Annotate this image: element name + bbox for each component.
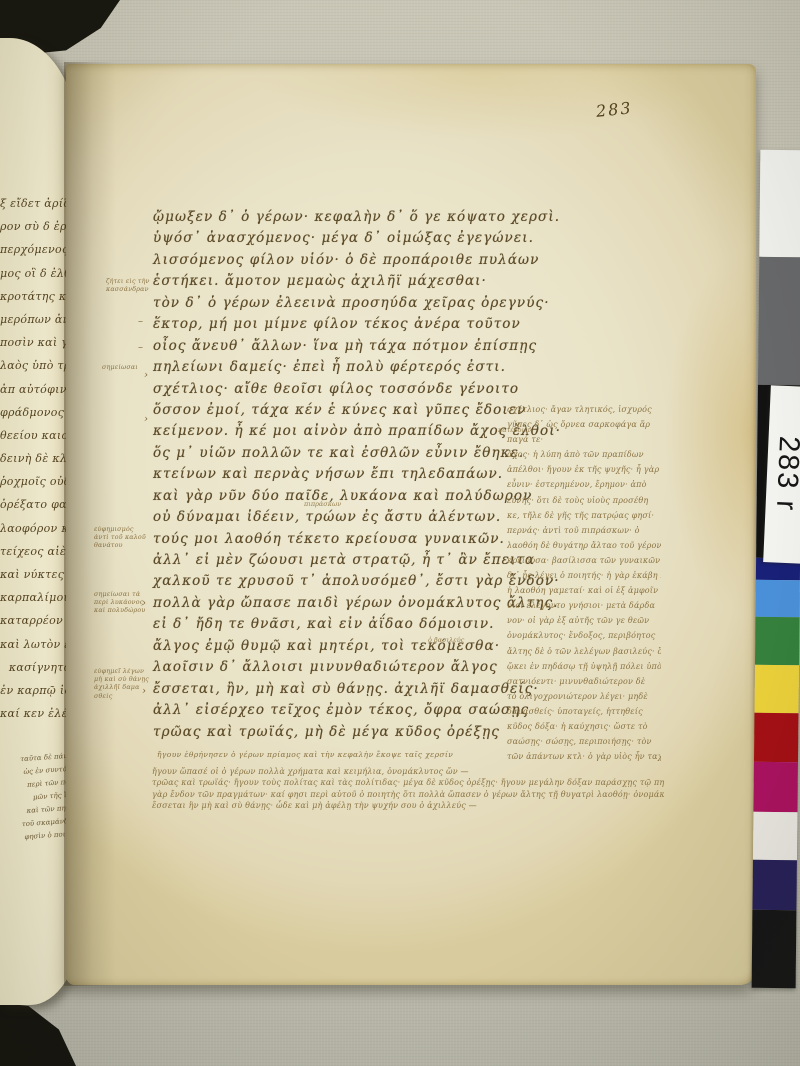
- scholion-line: κρείουσα· βασίλισσα τῶν γυναικῶν: [507, 553, 661, 568]
- facing-text-line: μος οἳ δ ἐλθό: [0, 262, 76, 285]
- scholion-line: σατνιόεντι· μινυνθαδιώτερον δὲ: [507, 674, 661, 689]
- facing-page-text: ξ εἴδετ ἀρίζηλρον σὺ δ ἐρύκπερχόμενος χα…: [0, 192, 76, 725]
- hexameter-line: σχέτλιος· αἴθε θεοῖσι φίλος τοσσόνδε γέν…: [153, 379, 573, 400]
- scholion-line: νον· οἱ γὰρ ἐξ αὐτῆς τῶν γε θεῶν: [507, 613, 661, 628]
- scholion-line: ἔσσεται ἢν μὴ καὶ σὺ θάνῃς· ὧδε καὶ μὴ ἀ…: [152, 800, 664, 811]
- facing-text-line: θεείου καιομέ: [0, 424, 76, 447]
- facing-text-line: φράδμονος ἀν: [0, 401, 76, 424]
- color-patch: [754, 665, 799, 713]
- facing-text-line: τείχεος αἰὲν ὑ: [0, 540, 76, 563]
- scholion-line: λαοθόη δὲ θυγάτηρ ἄλταο τοῦ γέροντος: [507, 538, 661, 553]
- scholion-line: κῦδος δόξα· ἡ καύχησις· ὥστε τὸ: [507, 719, 661, 734]
- left-margin-note: εὐφημισμὸςἀντὶ τοῦ καλοῦθανάτου: [94, 526, 156, 551]
- hexameter-line: πηλείωνι δαμείς· ἐπεὶ ἦ πολὺ φέρτερός ἐσ…: [153, 357, 573, 378]
- interlinear-note: ἤγουν ἐθρήνησεν ὁ γέρων πρίαμος καὶ τὴν …: [157, 750, 453, 759]
- note-line: εὐφημισμὸς: [94, 526, 156, 534]
- facing-text-line: δεινὴ δὲ κλαγγ: [0, 447, 76, 470]
- color-patch: [752, 860, 797, 910]
- facing-text-line: λαὸς ὑπὸ τρώ: [0, 354, 76, 377]
- gloss: πιπράσκων: [304, 500, 341, 508]
- note-line: μὴ καὶ σὺ θάνῃς: [94, 676, 156, 684]
- scholion-line: κε, τῆλε δὲ γῆς τῆς πατρῴας φησί·: [507, 508, 661, 523]
- note-line: εὐφημεῖ λέγων: [94, 668, 156, 676]
- hexameter-line: ᾤμωξεν δ᾽ ὁ γέρων· κεφαλὴν δ᾽ ὅ γε κόψατ…: [153, 207, 573, 228]
- color-patch: [752, 910, 797, 988]
- note-line: κασσάνδραν: [106, 286, 168, 294]
- facing-text-line: λαοφόρον καθ: [0, 517, 76, 540]
- scholion-line: ᾤκει ἐν πηδάσῳ τῇ ὑψηλῇ πόλει ὑπὸ: [507, 659, 661, 674]
- note-line: ἀχιλλῆϊ δαμα: [94, 684, 156, 692]
- scholion-line: ὀνομάκλυτος· ἔνδοξος, περιβόητος: [507, 628, 661, 643]
- scholion-line: τρῶας καὶ τρωϊάς· ἤγουν τοὺς πολίτας καὶ…: [152, 777, 664, 788]
- scholion-line: δαμασθείς· ὑποταγείς, ἡττηθείς: [507, 704, 661, 719]
- right-scholia-column: σχέτλιος· ἄγαν τλητικός, ἰσχυρόςγῦπες δ᾽…: [507, 402, 661, 764]
- margin-mark: –: [138, 342, 143, 353]
- facing-text-line: ρον σὺ δ ἐρύκ: [0, 215, 76, 238]
- left-margin-note: σημείωσαι τὰπερὶ λυκάονοςκαὶ πολυδώρου: [94, 591, 156, 616]
- shelfmark-label: 283 r: [769, 436, 800, 513]
- scholion-line: εὐνῆς· ὅτι δὲ τοὺς υἱοὺς προσέθη: [507, 493, 661, 508]
- margin-mark: –: [138, 316, 143, 327]
- scholion-line: ἀπέλθοι· ἤγουν ἐκ τῆς ψυχῆς· ἦ γὰρ ἂν: [507, 462, 661, 477]
- note-line: καὶ πολυδώρου: [94, 607, 156, 615]
- left-margin-note: εὐφημεῖ λέγωνμὴ καὶ σὺ θάνῃςἀχιλλῆϊ δαμα…: [94, 668, 156, 701]
- color-patch: [753, 762, 798, 812]
- scholion-line: υἱοὶ ἐλέγοντο γνήσιοι· μετὰ δάρδα: [507, 598, 661, 613]
- bottom-scholia-block: ἤγουν ὤπασέ οἱ ὁ γέρων πολλὰ χρήματα καὶ…: [152, 766, 664, 811]
- facing-text-line: κασίγνηται: [0, 656, 76, 679]
- facing-text-line: καὶ λωτὸν ἐρε: [0, 633, 76, 656]
- scholion-line: σχέτλιος· ἄγαν τλητικός, ἰσχυρός: [507, 402, 661, 417]
- note-line: θανάτου: [94, 542, 156, 550]
- facing-text-line: ξ εἴδετ ἀρίζηλ: [0, 192, 76, 215]
- scholion-line: δι᾽ ἧς λέγει ὁ ποιητής· ἡ γὰρ ἑκάβη καὶ: [507, 568, 661, 583]
- color-calibration-bar: [752, 150, 800, 988]
- hexameter-line: τὸν δ᾽ ὁ γέρων ἐλεεινὰ προσηύδα χεῖρας ὀ…: [153, 293, 573, 314]
- left-margin-note: σημείωσαι: [102, 364, 164, 372]
- color-patch: [758, 257, 800, 385]
- margin-mark: ›: [144, 414, 148, 425]
- facing-text-line: περχόμενος χα: [0, 238, 76, 261]
- scholion-line: εὖνιν· ἐστερημένον, ἔρημον· ἀπὸ: [507, 477, 661, 492]
- scholion-line: ἄλτης δὲ ὁ τῶν λελέγων βασιλεύς· ὃς: [507, 644, 661, 659]
- folio-number: 283: [595, 98, 633, 121]
- scholion-line: ἡ λαοθόη γαμεταί· καὶ οἱ ἐξ ἀμφοῖν: [507, 583, 661, 598]
- facing-text-line: κροτάτης κορυ: [0, 285, 76, 308]
- color-patch: [759, 150, 800, 257]
- scholion-line: ἄχος· ἡ λύπη ἀπὸ τῶν πραπίδων: [507, 447, 661, 462]
- facing-text-line: ῥοχμοῖς οὐδέ: [0, 470, 76, 493]
- hexameter-line: οἶος ἄνευθ᾽ ἄλλων· ἵνα μὴ τάχα πότμον ἐπ…: [153, 336, 573, 357]
- facing-text-line: καρπαλίμοισι: [0, 586, 76, 609]
- note-line: σθείς: [94, 693, 156, 701]
- facing-text-line: ἀπ αὐτόφιν ἐκ: [0, 378, 76, 401]
- scholion-line: γὰρ ἔνδον τῶν πραγμάτων· καί φησι περὶ α…: [152, 789, 664, 800]
- hexameter-line: λισσόμενος φίλον υἱόν· ὁ δὲ προπάροιθε π…: [153, 250, 573, 271]
- scholion-line: τῶν ἁπάντων κτλ· ὁ γὰρ υἱὸς ἦν ταχύς: [507, 749, 661, 764]
- facing-text-line: καταρρέον αἷμ: [0, 609, 76, 632]
- gloss: ὁ βασιλεύς: [428, 636, 464, 644]
- facing-text-line: καί κεν ἐλέγξ: [0, 702, 76, 725]
- scholion-line: γῦπες δ᾽ ὡς ὄρνεα σαρκοφάγα ἅρ: [507, 417, 661, 432]
- note-line: ζήτει εἰς τὴν: [106, 278, 168, 286]
- color-patch: [755, 580, 799, 617]
- scholion-line: περνάς· ἀντὶ τοῦ πιπράσκων· ὁ: [507, 523, 661, 538]
- facing-text-line: μερόπων ἀνθρ: [0, 308, 76, 331]
- note-line: σημείωσαι τὰ: [94, 591, 156, 599]
- shelfmark-card: 283 r: [763, 385, 800, 564]
- photograph-backdrop: ξ εἴδετ ἀρίζηλρον σὺ δ ἐρύκπερχόμενος χα…: [0, 0, 800, 1066]
- color-patch: [755, 617, 800, 665]
- color-patch: [754, 713, 799, 762]
- manuscript-page: 283 ᾤμωξεν δ᾽ ὁ γέρων· κεφαλὴν δ᾽ ὅ γε κ…: [66, 64, 756, 985]
- note-line: ἀντὶ τοῦ καλοῦ: [94, 534, 156, 542]
- hexameter-line: ἑστήκει. ἄμοτον μεμαὼς ἀχιλῆϊ μάχεσθαι·: [153, 271, 573, 292]
- left-margin-note: ζήτει εἰς τὴνκασσάνδραν: [106, 278, 168, 294]
- note-line: σημείωσαι: [102, 364, 164, 372]
- note-line: περὶ λυκάονος: [94, 599, 156, 607]
- facing-text-line: ὀρέξατο φαίδι: [0, 493, 76, 516]
- color-patch: [753, 812, 798, 860]
- facing-text-line: ἐν καρπῷ ἰοί: [0, 679, 76, 702]
- scholion-line: τὸ ὀλιγοχρονιώτερον λέγει· μηδὲ: [507, 689, 661, 704]
- scholion-line: ἤγουν ὤπασέ οἱ ὁ γέρων πολλὰ χρήματα καὶ…: [152, 766, 664, 777]
- facing-text-line: καὶ νύκτες ἀργ: [0, 563, 76, 586]
- facing-text-line: ποσὶν καὶ γούν: [0, 331, 76, 354]
- scholion-line: σαώσῃς· σώσῃς, περιποιήσῃς· τὸν: [507, 734, 661, 749]
- hexameter-line: ὑψόσ᾽ ἀνασχόμενος· μέγα δ᾽ οἰμώξας ἐγεγώ…: [153, 228, 573, 249]
- scholion-line: παγά τε·: [507, 432, 661, 447]
- hexameter-line: ἕκτορ, μή μοι μίμνε φίλον τέκος ἀνέρα το…: [153, 314, 573, 335]
